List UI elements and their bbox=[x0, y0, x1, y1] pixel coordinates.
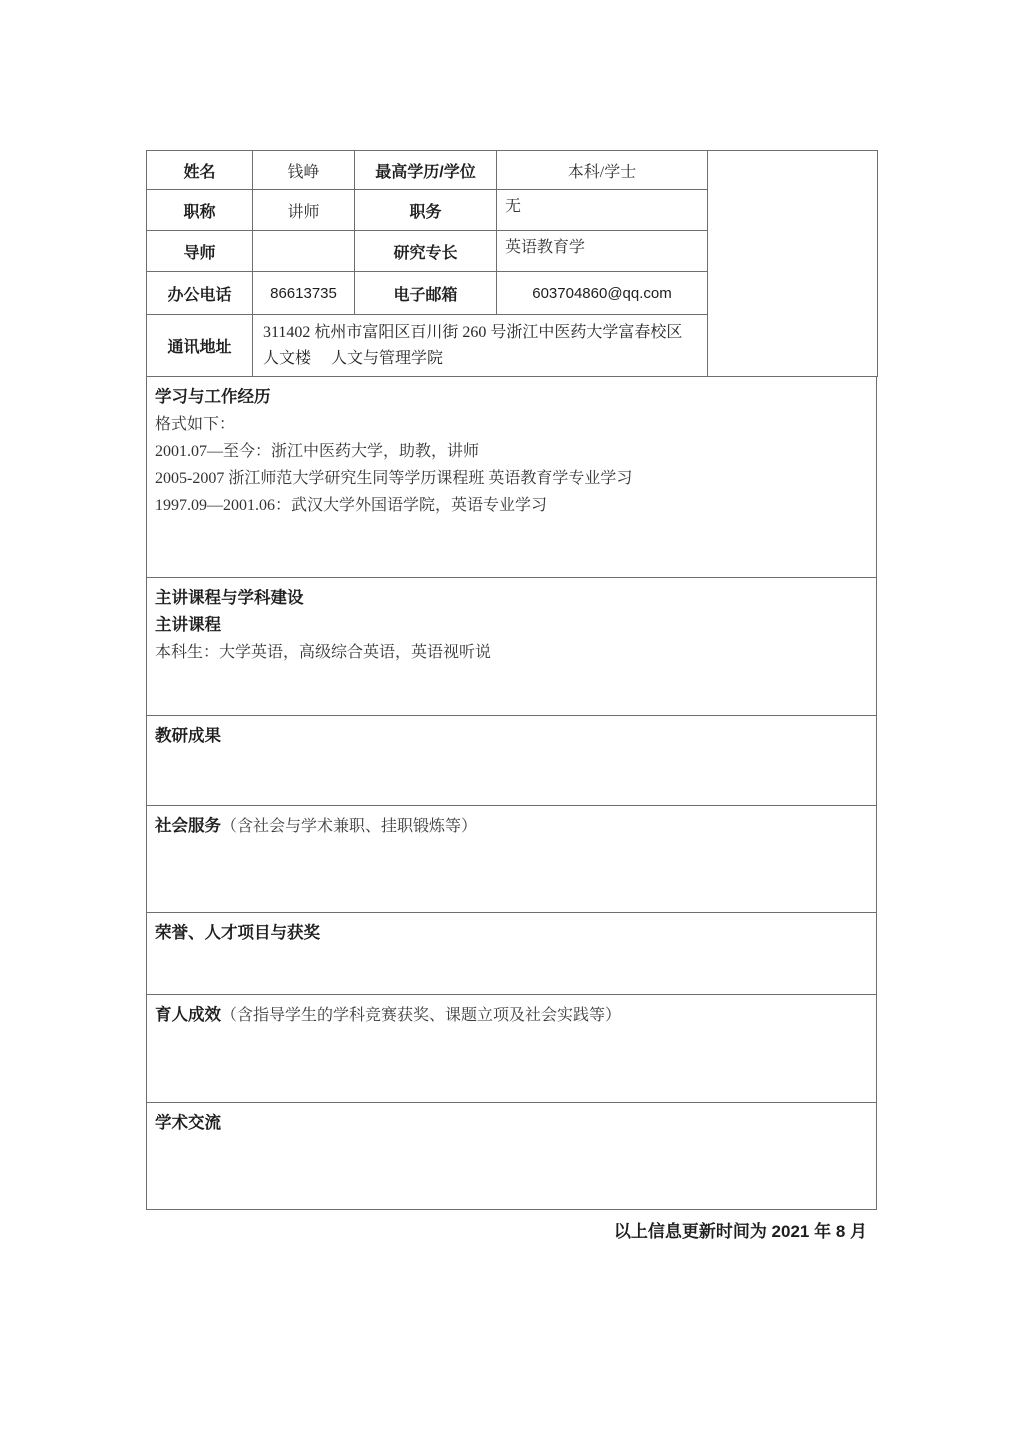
professional-title-value: 讲师 bbox=[253, 190, 355, 231]
name-label: 姓名 bbox=[147, 151, 253, 190]
mentor-value bbox=[253, 231, 355, 272]
section-body-line: 2001.07—至今：浙江中医药大学，助教，讲师 bbox=[155, 438, 867, 465]
section-body: 格式如下：2001.07—至今：浙江中医药大学，助教，讲师2005-2007 浙… bbox=[155, 411, 867, 519]
professional-title-label: 职称 bbox=[147, 190, 253, 231]
section-study-work-experience: 学习与工作经历 格式如下：2001.07—至今：浙江中医药大学，助教，讲师200… bbox=[146, 377, 877, 578]
email-label: 电子邮箱 bbox=[355, 272, 497, 315]
section-body-line: 本科生：大学英语，高级综合英语，英语视听说 bbox=[155, 639, 867, 666]
section-social-service: 社会服务（含社会与学术兼职、挂职锻炼等） bbox=[146, 806, 877, 913]
office-phone-value: 86613735 bbox=[253, 272, 355, 315]
duty-label: 职务 bbox=[355, 190, 497, 231]
section-body-line: 2005-2007 浙江师范大学研究生同等学历课程班 英语教育学专业学习 bbox=[155, 465, 867, 492]
section-courses-discipline: 主讲课程与学科建设 主讲课程本科生：大学英语，高级综合英语，英语视听说 bbox=[146, 578, 877, 716]
duty-value: 无 bbox=[497, 190, 708, 231]
section-note: （含指导学生的学科竞赛获奖、课题立项及社会实践等） bbox=[221, 1007, 621, 1024]
office-phone-label: 办公电话 bbox=[147, 272, 253, 315]
mailing-address-label: 通讯地址 bbox=[147, 315, 253, 377]
section-title: 社会服务 bbox=[155, 817, 221, 835]
mentor-label: 导师 bbox=[147, 231, 253, 272]
resume-form: 姓名 钱峥 最高学历/学位 本科/学士 职称 讲师 职务 无 导师 研究专长 英… bbox=[146, 150, 877, 1242]
section-body-line: 1997.09—2001.06：武汉大学外国语学院，英语专业学习 bbox=[155, 492, 867, 519]
section-title: 教研成果 bbox=[155, 727, 221, 745]
section-title: 学习与工作经历 bbox=[155, 388, 271, 406]
section-note: （含社会与学术兼职、挂职锻炼等） bbox=[221, 818, 477, 835]
degree-label: 最高学历/学位 bbox=[355, 151, 497, 190]
section-title-line: 主讲课程与学科建设 bbox=[155, 585, 867, 612]
section-title: 育人成效 bbox=[155, 1006, 221, 1024]
footer-update-note: 以上信息更新时间为 2021 年 8 月 bbox=[146, 1217, 877, 1242]
section-student-cultivation: 育人成效（含指导学生的学科竞赛获奖、课题立项及社会实践等） bbox=[146, 995, 877, 1103]
section-body-line: 格式如下： bbox=[155, 411, 867, 438]
section-title: 荣誉、人才项目与获奖 bbox=[155, 924, 320, 942]
section-honors-awards: 荣誉、人才项目与获奖 bbox=[146, 913, 877, 995]
personal-info-table: 姓名 钱峥 最高学历/学位 本科/学士 职称 讲师 职务 无 导师 研究专长 英… bbox=[146, 150, 878, 377]
section-academic-exchange: 学术交流 bbox=[146, 1103, 877, 1210]
section-body: 主讲课程本科生：大学英语，高级综合英语，英语视听说 bbox=[155, 612, 867, 666]
section-title-line: 荣誉、人才项目与获奖 bbox=[155, 920, 867, 947]
section-title-line: 学习与工作经历 bbox=[155, 384, 867, 411]
section-title: 主讲课程与学科建设 bbox=[155, 589, 304, 607]
section-title-line: 学术交流 bbox=[155, 1110, 867, 1137]
mailing-address-value: 311402 杭州市富阳区百川街 260 号浙江中医药大学富春校区人文楼 人文与… bbox=[253, 315, 708, 377]
name-value: 钱峥 bbox=[253, 151, 355, 190]
section-title-line: 教研成果 bbox=[155, 723, 867, 750]
section-subtitle: 主讲课程 bbox=[155, 612, 867, 639]
section-title: 学术交流 bbox=[155, 1114, 221, 1132]
research-specialty-value: 英语教育学 bbox=[497, 231, 708, 272]
section-teaching-research-achievements: 教研成果 bbox=[146, 716, 877, 806]
degree-value: 本科/学士 bbox=[497, 151, 708, 190]
email-value: 603704860@qq.com bbox=[497, 272, 708, 315]
photo-placeholder bbox=[708, 151, 878, 377]
section-title-line: 社会服务（含社会与学术兼职、挂职锻炼等） bbox=[155, 813, 867, 840]
section-title-line: 育人成效（含指导学生的学科竞赛获奖、课题立项及社会实践等） bbox=[155, 1002, 867, 1029]
table-row: 姓名 钱峥 最高学历/学位 本科/学士 bbox=[147, 151, 878, 190]
document-page: 姓名 钱峥 最高学历/学位 本科/学士 职称 讲师 职务 无 导师 研究专长 英… bbox=[0, 0, 1024, 1448]
research-specialty-label: 研究专长 bbox=[355, 231, 497, 272]
